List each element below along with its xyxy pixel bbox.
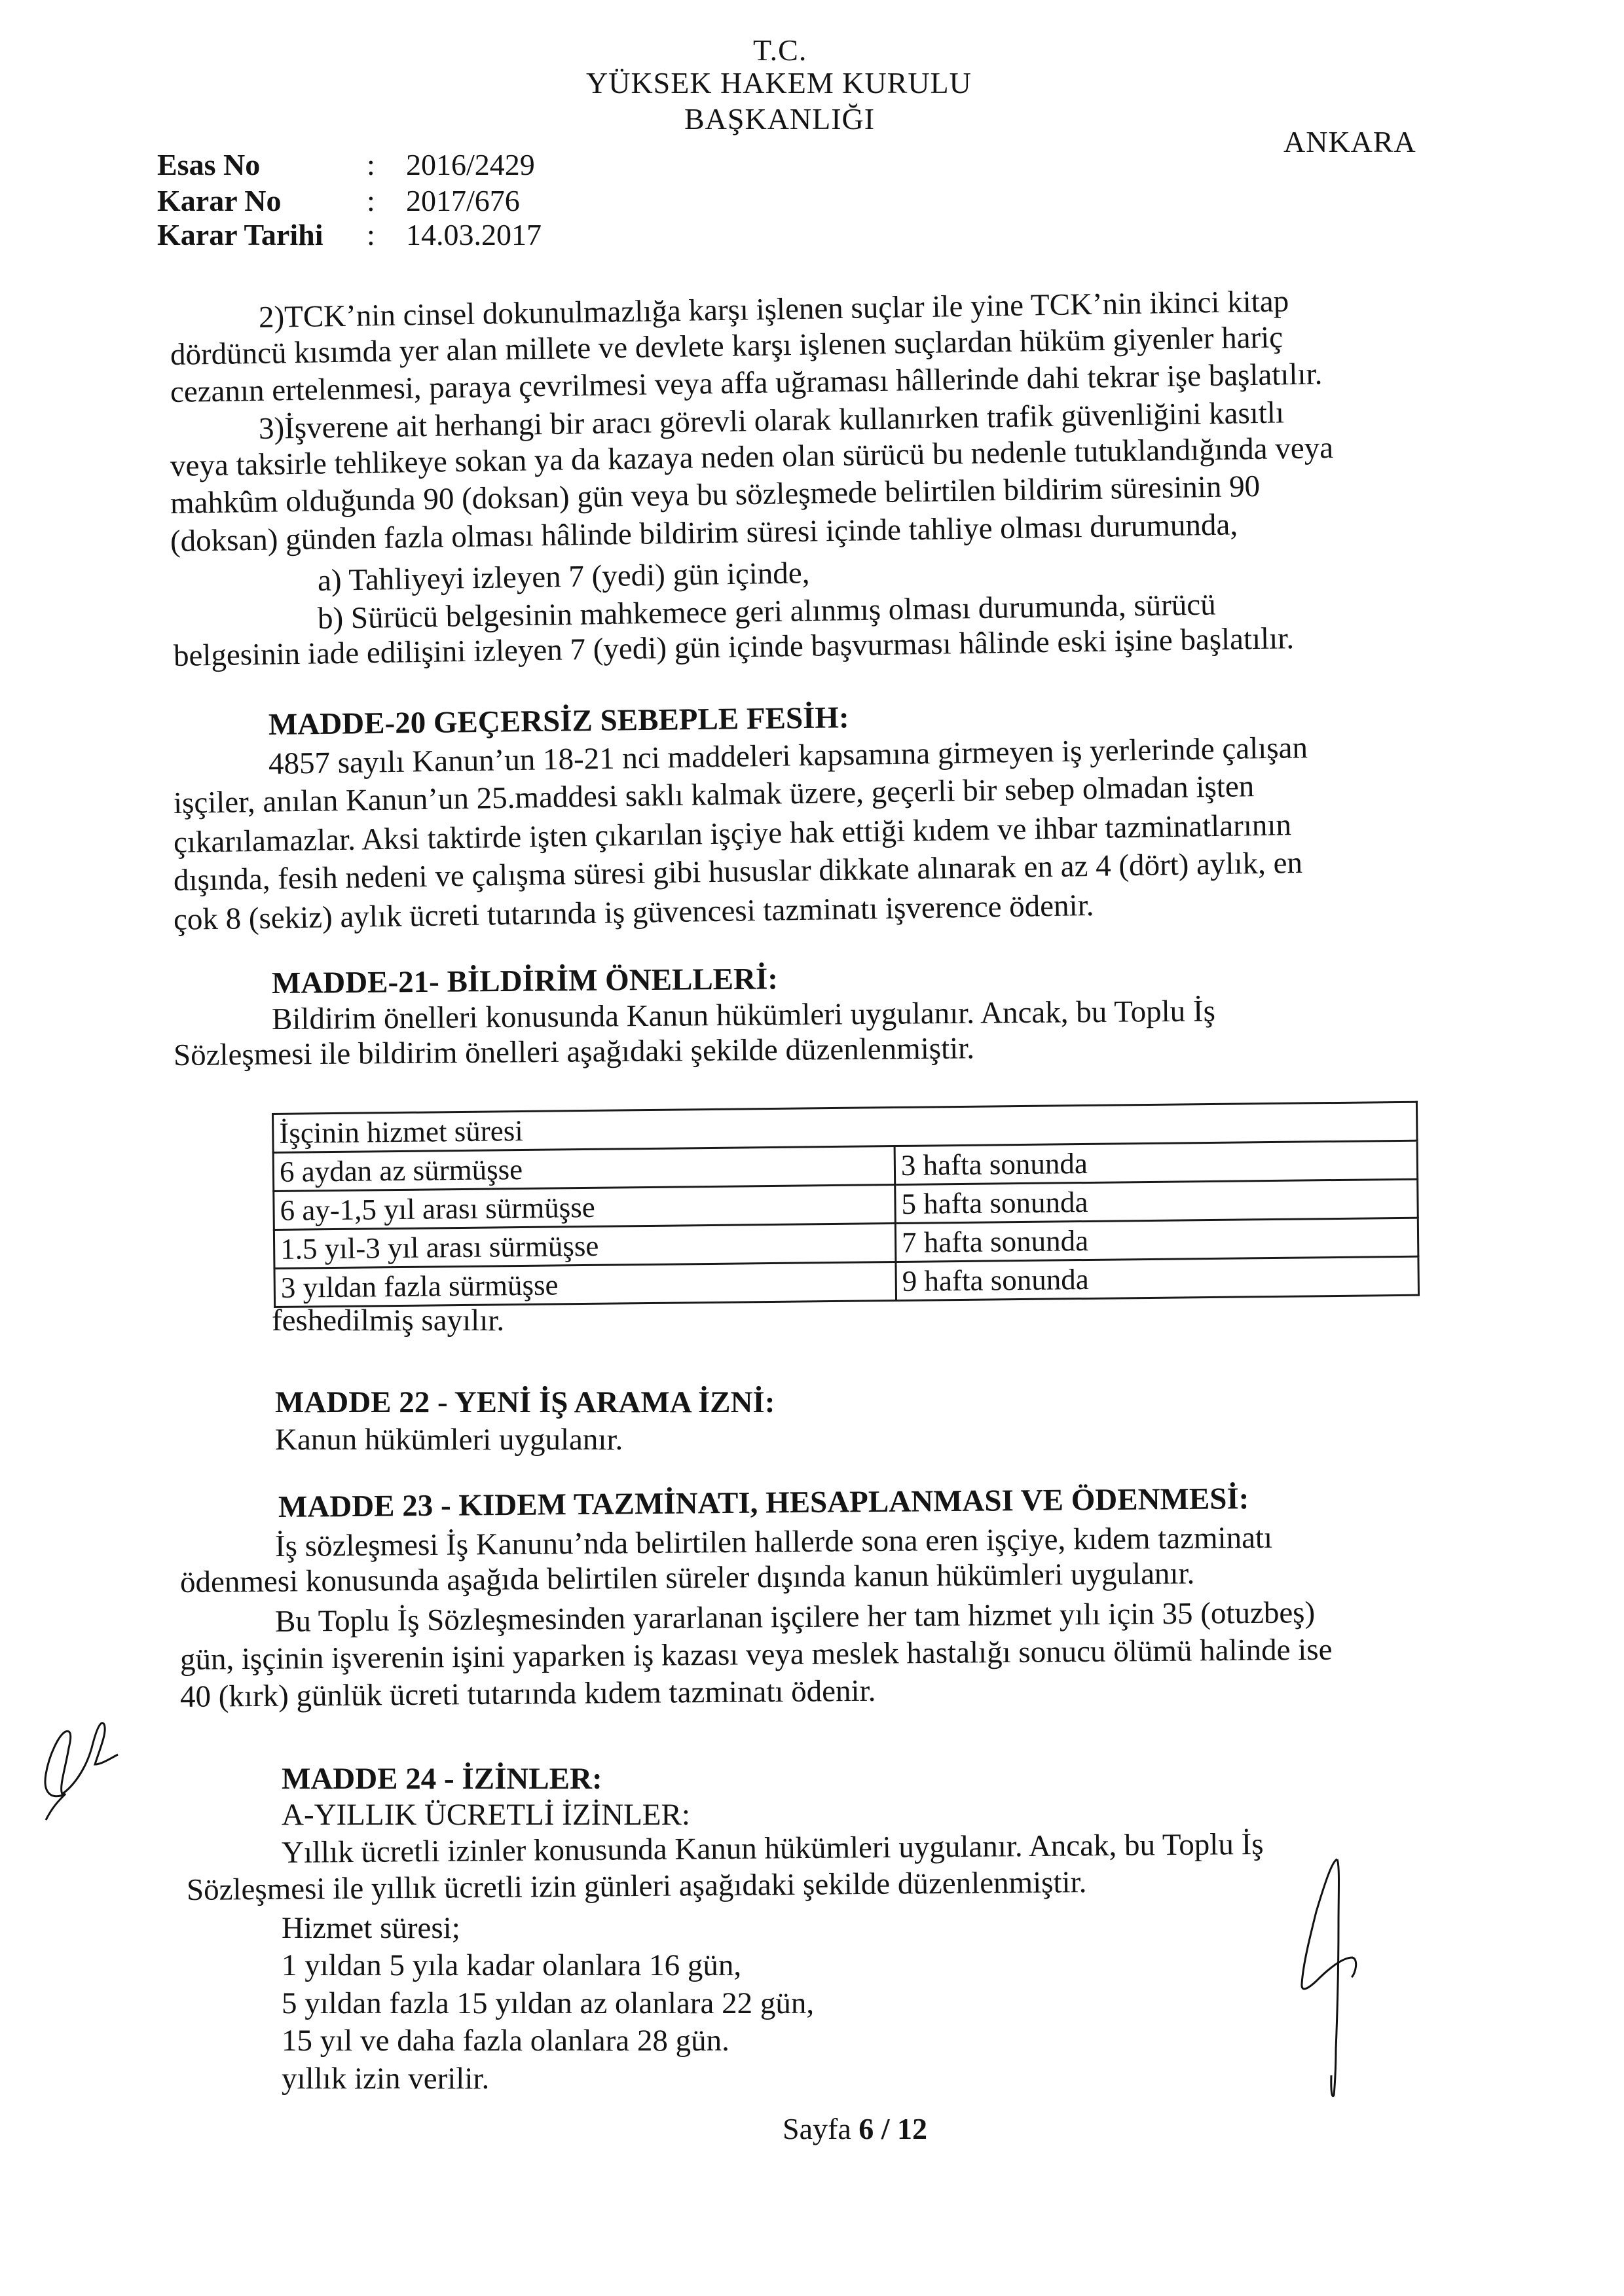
madde-24-closing: yıllık izin verilir.: [282, 2061, 489, 2096]
esas-separator: :: [367, 147, 406, 182]
madde-21-line: Sözleşmesi ile bildirim önelleri aşağıda…: [174, 1030, 974, 1073]
madde-23-line: gün, işçinin işverenin işini yaparken iş…: [180, 1632, 1333, 1677]
karar-separator: :: [367, 183, 406, 218]
tarih-label: Karar Tarihi: [157, 217, 367, 252]
page-separator: /: [881, 2112, 890, 2145]
meta-tarih: Karar Tarihi:14.03.2017: [157, 217, 542, 252]
notice-period-cell: 3 hafta sonunda: [895, 1140, 1418, 1184]
esas-label: Esas No: [157, 147, 367, 182]
leave-entry: 15 yıl ve daha fazla olanlara 28 gün.: [282, 2023, 729, 2058]
notice-period-table: İşçinin hizmet süresi 6 aydan az sürmüşs…: [272, 1101, 1420, 1308]
service-duration-cell: 3 yıldan fazla sürmüşse: [274, 1262, 896, 1307]
page-number: Sayfa 6 / 12: [783, 2111, 927, 2146]
madde-22-title: MADDE 22 - YENİ İŞ ARAMA İZNİ:: [275, 1385, 775, 1420]
madde-23-line: Bu Toplu İş Sözleşmesinden yararlanan iş…: [275, 1595, 1316, 1639]
notice-period-cell: 5 hafta sonunda: [895, 1179, 1418, 1223]
meta-esas: Esas No:2016/2429: [157, 147, 535, 182]
esas-value: 2016/2429: [406, 148, 535, 181]
tarih-value: 14.03.2017: [406, 218, 542, 251]
service-duration-cell: 1.5 yıl-3 yıl arası sürmüşse: [274, 1224, 896, 1269]
madde-21-title: MADDE-21- BİLDİRİM ÖNELLERİ:: [272, 961, 778, 1001]
signature-icon: [1270, 1853, 1362, 2115]
madde-24-line: Sözleşmesi ile yıllık ücretli izin günle…: [187, 1865, 1087, 1908]
karar-label: Karar No: [157, 183, 367, 218]
notice-period-cell: 9 hafta sonunda: [896, 1256, 1419, 1300]
madde-20-title: MADDE-20 GEÇERSİZ SEBEPLE FESİH:: [268, 700, 849, 742]
header-institution: YÜKSEK HAKEM KURULU: [586, 65, 972, 100]
page-label: Sayfa: [783, 2112, 851, 2145]
madde-21-after: feshedilmiş sayılır.: [272, 1303, 504, 1338]
madde-24-title: MADDE 24 - İZİNLER:: [282, 1761, 602, 1796]
meta-karar: Karar No:2017/676: [157, 183, 520, 218]
header-city: ANKARA: [1283, 124, 1416, 159]
notice-period-cell: 7 hafta sonunda: [895, 1218, 1418, 1262]
page-current: 6: [858, 2112, 874, 2145]
madde-24-line: Yıllık ücretli izinler konusunda Kanun h…: [282, 1827, 1264, 1870]
madde-21-line: Bildirim önelleri konusunda Kanun hüküml…: [272, 993, 1215, 1037]
initials-signature-icon: [33, 1709, 124, 1827]
tarih-separator: :: [367, 217, 406, 252]
page-total: 12: [897, 2112, 927, 2145]
madde-24-line: Hizmet süresi;: [282, 1910, 460, 1946]
madde-22-line: Kanun hükümleri uygulanır.: [275, 1422, 623, 1457]
header-presidency: BAŞKANLIĞI: [684, 101, 875, 136]
madde-23-title: MADDE 23 - KIDEM TAZMİNATI, HESAPLANMASI…: [278, 1481, 1249, 1525]
leave-entry: 5 yıldan fazla 15 yıldan az olanlara 22 …: [282, 1986, 814, 2021]
madde-24-subtitle: A-YILLIK ÜCRETLİ İZİNLER:: [282, 1797, 690, 1832]
service-duration-cell: 6 aydan az sürmüşse: [273, 1146, 895, 1192]
leave-entry: 1 yıldan 5 yıla kadar olanlara 16 gün,: [282, 1948, 741, 1983]
header-tc: T.C.: [753, 33, 807, 67]
service-duration-cell: 6 ay-1,5 yıl arası sürmüşse: [274, 1185, 896, 1230]
madde-23-line: 40 (kırk) günlük ücreti tutarında kıdem …: [180, 1673, 876, 1715]
intro-item-a: a) Tahliyeyi izleyen 7 (yedi) gün içinde…: [318, 555, 810, 598]
karar-value: 2017/676: [406, 184, 520, 217]
